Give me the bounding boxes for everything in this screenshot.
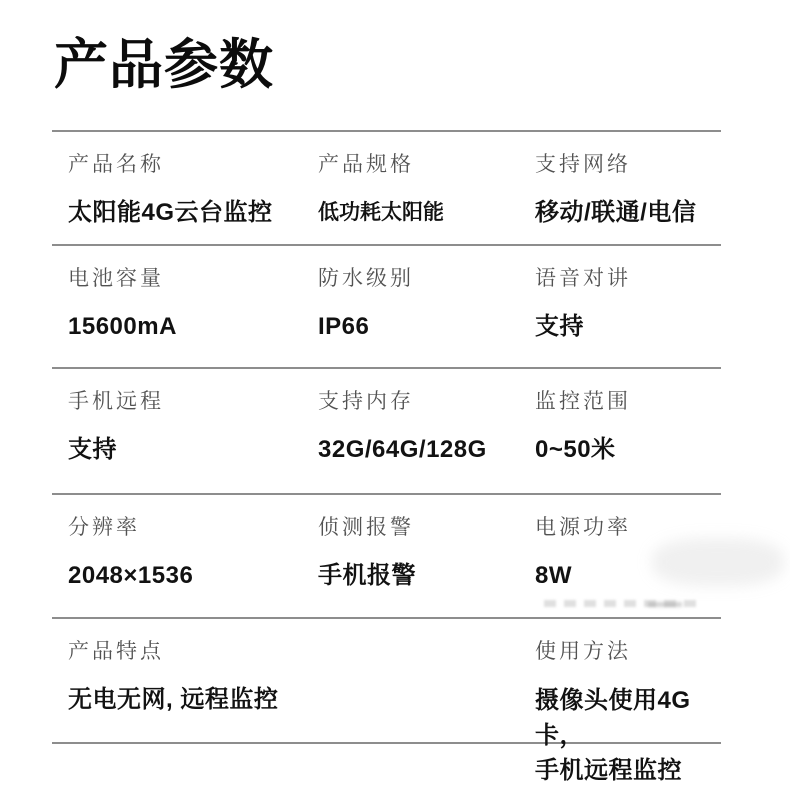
spec-row-4: 分辨率 2048×1536 侦测报警 手机报警 电源功率 8W: [52, 493, 721, 617]
spec-label: 支持网络: [535, 151, 721, 179]
spec-row-1: 产品名称 太阳能4G云台监控 产品规格 低功耗太阳能 支持网络 移动/联通/电信: [52, 130, 721, 244]
spec-cell-product-name: 产品名称 太阳能4G云台监控: [68, 151, 318, 244]
watermark-smudge: [648, 602, 682, 607]
spec-cell-usage: 使用方法 摄像头使用4G卡， 手机远程监控: [535, 638, 721, 787]
spec-value: 低功耗太阳能: [318, 196, 535, 229]
watermark-smudge: [652, 538, 784, 586]
spec-label: 分辨率: [68, 514, 318, 542]
spec-value: 移动/联通/电信: [535, 196, 721, 229]
spec-cell-features: 产品特点 无电无网, 远程监控: [68, 638, 535, 787]
spec-value: 手机报警: [318, 559, 535, 592]
spec-label: 产品名称: [68, 151, 318, 179]
spec-cell-alarm: 侦测报警 手机报警: [318, 514, 535, 617]
spec-label: 语音对讲: [535, 265, 721, 293]
spec-cell-resolution: 分辨率 2048×1536: [68, 514, 318, 617]
spec-value: 15600mA: [68, 310, 318, 343]
spec-value: 支持: [535, 310, 721, 343]
spec-cell-battery: 电池容量 15600mA: [68, 265, 318, 367]
page-title: 产品参数: [54, 34, 274, 96]
spec-value: 2048×1536: [68, 559, 318, 592]
spec-cell-remote: 手机远程 支持: [68, 388, 318, 493]
spec-row-2: 电池容量 15600mA 防水级别 IP66 语音对讲 支持: [52, 244, 721, 367]
spec-cell-intercom: 语音对讲 支持: [535, 265, 721, 367]
spec-value: IP66: [318, 310, 535, 343]
spec-cell-memory: 支持内存 32G/64G/128G: [318, 388, 535, 493]
spec-cell-waterproof: 防水级别 IP66: [318, 265, 535, 367]
spec-label: 防水级别: [318, 265, 535, 293]
spec-value: 0~50米: [535, 433, 721, 466]
spec-cell-network: 支持网络 移动/联通/电信: [535, 151, 721, 244]
spec-label: 监控范围: [535, 388, 721, 416]
spec-cell-product-spec: 产品规格 低功耗太阳能: [318, 151, 535, 244]
spec-table: 产品名称 太阳能4G云台监控 产品规格 低功耗太阳能 支持网络 移动/联通/电信…: [52, 130, 721, 744]
spec-label: 支持内存: [318, 388, 535, 416]
spec-value: 支持: [68, 433, 318, 466]
product-spec-sheet: 产品参数 产品名称 太阳能4G云台监控 产品规格 低功耗太阳能 支持网络 移动/…: [0, 0, 790, 787]
spec-label: 产品特点: [68, 638, 535, 666]
spec-label: 手机远程: [68, 388, 318, 416]
spec-value: 摄像头使用4G卡， 手机远程监控: [535, 683, 721, 787]
spec-value: 32G/64G/128G: [318, 433, 535, 466]
spec-row-5: 产品特点 无电无网, 远程监控 使用方法 摄像头使用4G卡， 手机远程监控: [52, 617, 721, 744]
spec-value: 太阳能4G云台监控: [68, 196, 318, 229]
spec-label: 使用方法: [535, 638, 721, 666]
spec-label: 电池容量: [68, 265, 318, 293]
spec-cell-range: 监控范围 0~50米: [535, 388, 721, 493]
spec-label: 侦测报警: [318, 514, 535, 542]
spec-label: 产品规格: [318, 151, 535, 179]
spec-row-3: 手机远程 支持 支持内存 32G/64G/128G 监控范围 0~50米: [52, 367, 721, 493]
spec-value: 无电无网, 远程监控: [68, 683, 535, 716]
